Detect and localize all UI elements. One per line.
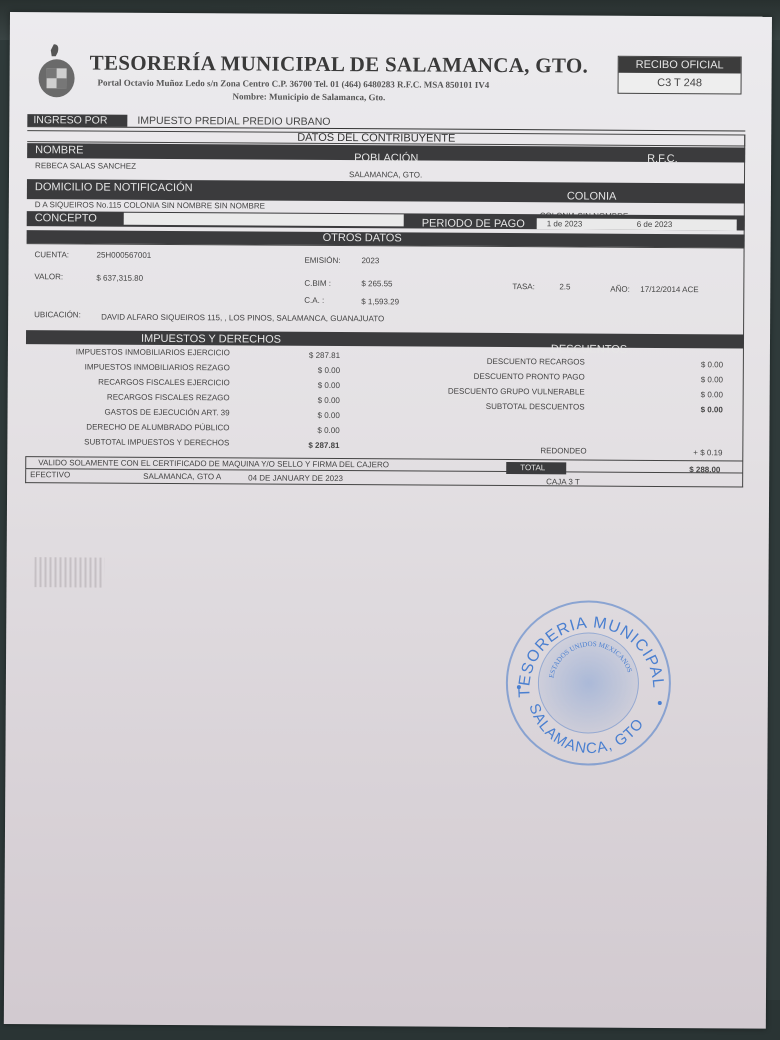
validez-text: VALIDO SOLAMENTE CON EL CERTIFICADO DE M… bbox=[38, 458, 389, 469]
impuesto-label: RECARGOS FISCALES REZAGO bbox=[107, 393, 230, 403]
impuesto-amount: $ 0.00 bbox=[318, 411, 340, 420]
periodo-label: PERIODO DE PAGO bbox=[422, 218, 525, 231]
ca-value: $ 1,593.29 bbox=[361, 297, 399, 306]
descuento-amount: $ 0.00 bbox=[701, 360, 723, 369]
nombre-value: REBECA SALAS SANCHEZ bbox=[35, 161, 136, 171]
poblacion-label: POBLACIÓN bbox=[354, 152, 418, 164]
svg-text:ESTADOS UNIDOS MEXICANOS: ESTADOS UNIDOS MEXICANOS bbox=[547, 640, 634, 680]
impuestos-title: IMPUESTOS Y DERECHOS bbox=[141, 333, 281, 346]
nombre-label: NOMBRE bbox=[35, 144, 83, 156]
domicilio-label: DOMICILIO DE NOTIFICACIÓN bbox=[35, 181, 193, 194]
contribuyente-section: DATOS DEL CONTRIBUYENTE NOMBRE POBLACIÓN… bbox=[27, 130, 746, 248]
impuestos-descuentos-section: IMPUESTOS INMOBILIARIOS EJERCICIO$ 287.8… bbox=[25, 344, 744, 460]
receipt-paper: TESORERÍA MUNICIPAL DE SALAMANCA, GTO. P… bbox=[4, 12, 772, 1029]
ingreso-label: INGRESO POR bbox=[27, 114, 127, 127]
cuenta-value: 25H000567001 bbox=[96, 251, 151, 260]
lugar: SALAMANCA, GTO A bbox=[143, 472, 221, 481]
svg-text:TESORERIA MUNICIPAL: TESORERIA MUNICIPAL bbox=[516, 614, 667, 699]
forma-pago: EFECTIVO bbox=[30, 470, 70, 479]
domicilio-value: D A SIQUEIROS No.115 COLONIA SIN NOMBRE … bbox=[35, 200, 265, 210]
ubicacion-value: DAVID ALFARO SIQUEIROS 115, , LOS PINOS,… bbox=[101, 313, 384, 324]
ubicacion-label: UBICACIÓN: bbox=[34, 310, 81, 319]
pago-row: EFECTIVO SALAMANCA, GTO A 04 DE JANUARY … bbox=[25, 469, 743, 487]
valor-label: VALOR: bbox=[34, 272, 63, 281]
periodo-hasta: 6 de 2023 bbox=[637, 220, 673, 229]
impuesto-amount: $ 0.00 bbox=[318, 396, 340, 405]
cbim-value: $ 265.55 bbox=[361, 279, 392, 288]
concepto-bar: CONCEPTO PERIODO DE PAGO 1 de 2023 6 de … bbox=[27, 211, 745, 230]
descuento-label: SUBTOTAL DESCUENTOS bbox=[486, 402, 585, 412]
tasa-label: TASA: bbox=[512, 282, 535, 291]
nombre-bar: NOMBRE POBLACIÓN R.F.C. bbox=[27, 143, 745, 162]
emision-label: EMISIÓN: bbox=[304, 256, 340, 265]
impuesto-label: IMPUESTOS INMOBILIARIOS REZAGO bbox=[85, 362, 230, 372]
poblacion-value: SALAMANCA, GTO. bbox=[349, 170, 422, 179]
receipt-number: C3 T 248 bbox=[619, 73, 741, 94]
receipt-document: TESORERÍA MUNICIPAL DE SALAMANCA, GTO. P… bbox=[28, 32, 746, 36]
impuesto-label: IMPUESTOS INMOBILIARIOS EJERCICIO bbox=[76, 347, 230, 357]
valor-value: $ 637,315.80 bbox=[96, 274, 143, 283]
municipality-name: Nombre: Municipio de Salamanca, Gto. bbox=[232, 91, 385, 102]
descuento-label: DESCUENTO GRUPO VULNERABLE bbox=[448, 387, 585, 397]
fecha: 04 DE JANUARY DE 2023 bbox=[248, 473, 343, 483]
impuesto-amount: $ 287.81 bbox=[308, 441, 339, 450]
official-receipt-box: RECIBO OFICIAL C3 T 248 bbox=[618, 56, 742, 95]
treasury-seal-stamp: TESORERIA MUNICIPAL SALAMANCA, GTO ESTAD… bbox=[505, 600, 671, 766]
impuesto-amount: $ 0.00 bbox=[317, 426, 339, 435]
treasury-address: Portal Octavio Muñoz Ledo s/n Zona Centr… bbox=[98, 78, 490, 90]
descuento-label: DESCUENTO PRONTO PAGO bbox=[474, 372, 585, 382]
ingreso-row: INGRESO POR IMPUESTO PREDIAL PREDIO URBA… bbox=[27, 114, 745, 130]
otros-datos-title: OTROS DATOS bbox=[323, 232, 402, 244]
otros-datos-section: CUENTA: 25H000567001 EMISIÓN: 2023 VALOR… bbox=[26, 244, 745, 334]
faint-ink-transfer bbox=[34, 557, 104, 587]
emision-value: 2023 bbox=[361, 256, 379, 265]
descuento-amount: $ 0.00 bbox=[701, 375, 723, 384]
impuesto-amount: $ 0.00 bbox=[318, 366, 340, 375]
concepto-label: CONCEPTO bbox=[35, 212, 97, 224]
cbim-label: C.BIM : bbox=[304, 279, 331, 288]
anio-value: 17/12/2014 ACE bbox=[640, 285, 698, 294]
periodo-field: 1 de 2023 6 de 2023 bbox=[537, 218, 737, 230]
descuento-label: DESCUENTO RECARGOS bbox=[487, 357, 585, 367]
impuesto-amount: $ 287.81 bbox=[309, 351, 340, 360]
contribuyente-title: DATOS DEL CONTRIBUYENTE bbox=[297, 132, 455, 145]
impuesto-label: GASTOS DE EJECUCIÓN ART. 39 bbox=[104, 408, 229, 418]
treasury-title: TESORERÍA MUNICIPAL DE SALAMANCA, GTO. bbox=[90, 50, 589, 78]
colonia-label: COLONIA bbox=[567, 190, 617, 202]
concepto-field bbox=[124, 213, 404, 227]
official-receipt-label: RECIBO OFICIAL bbox=[619, 57, 741, 74]
seal-text-ring: TESORERIA MUNICIPAL SALAMANCA, GTO ESTAD… bbox=[507, 602, 673, 768]
anio-label: AÑO: bbox=[610, 285, 630, 294]
impuesto-amount: $ 0.00 bbox=[318, 381, 340, 390]
coat-of-arms-icon bbox=[35, 42, 77, 98]
impuesto-label: DERECHO DE ALUMBRADO PÚBLICO bbox=[86, 422, 229, 432]
redondeo-label: REDONDEO bbox=[540, 446, 586, 455]
tasa-value: 2.5 bbox=[559, 282, 570, 291]
impuesto-label: RECARGOS FISCALES EJERCICIO bbox=[98, 378, 230, 388]
svg-text:SALAMANCA, GTO: SALAMANCA, GTO bbox=[525, 701, 648, 757]
rfc-label: R.F.C. bbox=[647, 153, 678, 165]
caja: CAJA 3 T bbox=[546, 477, 580, 486]
redondeo-value: + $ 0.19 bbox=[693, 448, 722, 457]
ca-label: C.A. : bbox=[304, 296, 324, 305]
total-label: TOTAL bbox=[520, 463, 545, 472]
impuesto-label: SUBTOTAL IMPUESTOS Y DERECHOS bbox=[84, 437, 229, 447]
descuento-amount: $ 0.00 bbox=[701, 405, 723, 414]
cuenta-label: CUENTA: bbox=[34, 250, 69, 259]
periodo-desde: 1 de 2023 bbox=[547, 219, 583, 228]
descuento-amount: $ 0.00 bbox=[701, 390, 723, 399]
